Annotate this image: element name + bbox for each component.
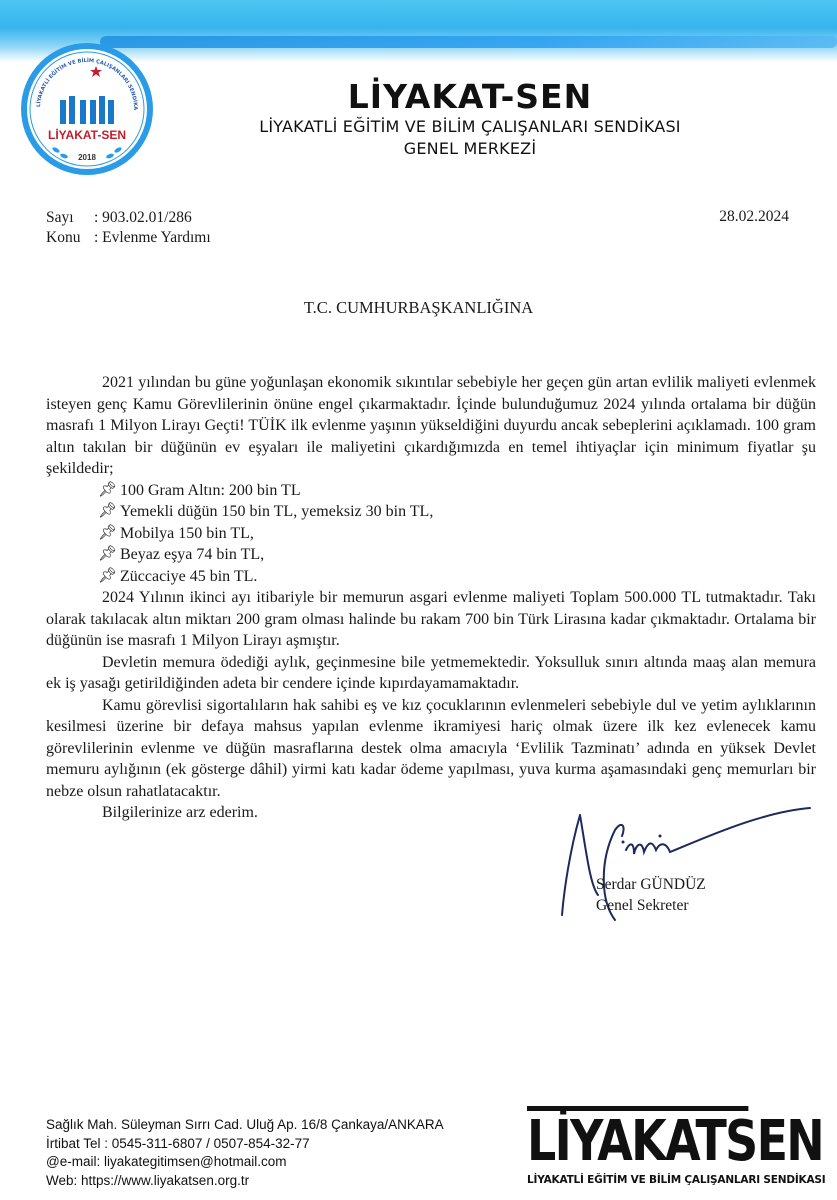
document-date: 28.02.2024 [719, 208, 789, 226]
pushpin-icon: 📌︎ [98, 523, 116, 545]
pushpin-icon: 📌︎ [98, 501, 116, 523]
pushpin-icon: 📌︎ [98, 544, 116, 566]
header-stripe [100, 36, 837, 48]
document-meta: Sayı : 903.02.01/286 Konu : Evlenme Yard… [46, 208, 211, 248]
recipient: T.C. CUMHURBAŞKANLIĞINA [0, 298, 837, 318]
list-item: 📌︎Mobilya 150 bin TL, [98, 523, 816, 545]
footer-address: Sağlık Mah. Süleyman Sırrı Cad. Uluğ Ap.… [46, 1116, 444, 1135]
letter-body: 2021 yılından bu güne yoğunlaşan ekonomi… [46, 372, 816, 824]
subject-row: Konu : Evlenme Yardımı [46, 228, 211, 248]
pushpin-icon: 📌︎ [98, 566, 116, 588]
letterhead: LİYAKAT-SEN LİYAKATLİ EĞİTİM VE BİLİM ÇA… [190, 78, 750, 160]
number-value: : 903.02.01/286 [94, 208, 192, 228]
svg-text:LİYAKAT-SEN: LİYAKAT-SEN [48, 127, 126, 142]
list-item: 📌︎Yemekli düğün 150 bin TL, yemeksiz 30 … [98, 501, 816, 523]
intro-paragraph: 2021 yılından bu güne yoğunlaşan ekonomi… [46, 372, 816, 480]
list-item: 📌︎100 Gram Altın: 200 bin TL [98, 480, 816, 502]
office-name: GENEL MERKEZİ [190, 138, 750, 160]
subject-label: Konu [46, 228, 94, 248]
subject-value: : Evlenme Yardımı [94, 228, 211, 248]
footer-web[interactable]: Web: https://www.liyakatsen.org.tr [46, 1172, 444, 1191]
salary-paragraph: Devletin memura ödediği aylık, geçinmesi… [46, 652, 816, 695]
svg-text:2018: 2018 [78, 153, 96, 162]
number-row: Sayı : 903.02.01/286 [46, 208, 211, 228]
footer-contact: Sağlık Mah. Süleyman Sırrı Cad. Uluğ Ap.… [46, 1116, 444, 1190]
list-item: 📌︎Beyaz eşya 74 bin TL, [98, 544, 816, 566]
number-label: Sayı [46, 208, 94, 228]
footer-email[interactable]: @e-mail: liyakategitimsen@hotmail.com [46, 1153, 444, 1172]
footer-logo-wordmark: LİYAKATSEN [527, 1106, 748, 1175]
signatory: Serdar GÜNDÜZ Genel Sekreter [596, 874, 706, 916]
organization-title: LİYAKAT-SEN [190, 78, 750, 116]
footer-logo: LİYAKATSEN LİYAKATLİ EĞİTİM VE BİLİM ÇAL… [527, 1106, 797, 1192]
union-seal-logo: LİYAKATLİ EĞİTİM VE BİLİM ÇALIŞANLARI SE… [18, 40, 156, 178]
list-item: 📌︎Züccaciye 45 bin TL. [98, 566, 816, 588]
footer-logo-subtitle: LİYAKATLİ EĞİTİM VE BİLİM ÇALIŞANLARI SE… [527, 1174, 797, 1186]
footer-phone: İrtibat Tel : 0545-311-6807 / 0507-854-3… [46, 1135, 444, 1154]
cost-summary-paragraph: 2024 Yılının ikinci ayı itibariyle bir m… [46, 587, 816, 652]
pushpin-icon: 📌︎ [98, 480, 116, 502]
proposal-paragraph: Kamu görevlisi sigortalıların hak sahibi… [46, 695, 816, 803]
organization-subtitle: LİYAKATLİ EĞİTİM VE BİLİM ÇALIŞANLARI SE… [190, 116, 750, 138]
signatory-name: Serdar GÜNDÜZ [596, 874, 706, 895]
signatory-title: Genel Sekreter [596, 895, 706, 916]
cost-list: 📌︎100 Gram Altın: 200 bin TL 📌︎Yemekli d… [46, 480, 816, 588]
